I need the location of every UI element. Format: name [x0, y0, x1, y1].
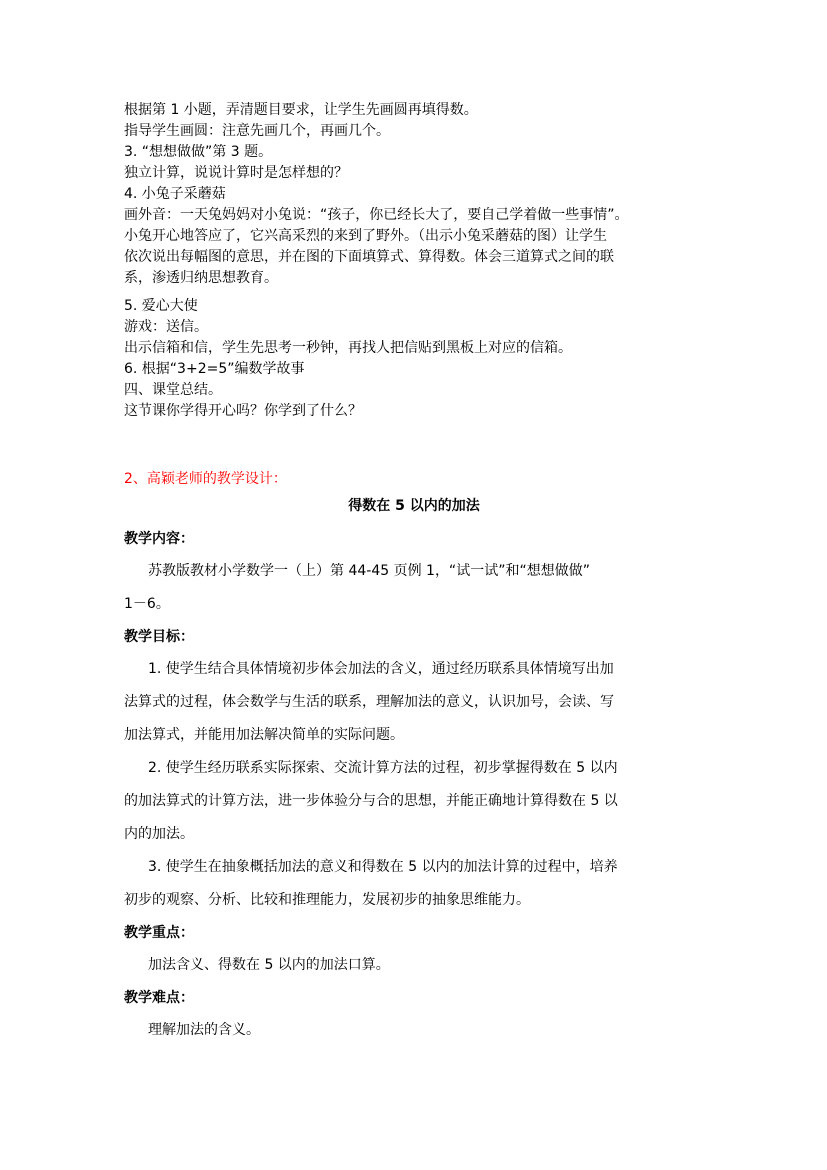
key-label: 教学重点：: [124, 924, 194, 943]
text-line: 出示信箱和信，学生先思考一秒钟，再找人把信贴到黑板上对应的信箱。: [124, 339, 572, 358]
goal-text: 初步的观察、分析、比较和推理能力，发展初步的抽象思维能力。: [124, 891, 530, 910]
goal-text: 内的加法。: [124, 825, 194, 844]
text-line: 游戏：送信。: [124, 318, 208, 337]
goals-label: 教学目标：: [124, 628, 194, 647]
text-line: 指导学生画圆：注意先画几个，再画几个。: [124, 122, 390, 141]
text-line: 6. 根据“3+2=5”编数学故事: [124, 360, 305, 379]
text-line: 系，渗透归纳思想教育。: [124, 269, 278, 288]
text-line: 小兔开心地答应了，它兴高采烈的来到了野外。（出示小兔采蘑菇的图）让学生: [124, 227, 607, 246]
content-text: 苏教版教材小学数学一（上）第 44-45 页例 1，“试一试”和“想想做做”: [148, 562, 590, 581]
text-line: 3. “想想做做”第 3 题。: [124, 143, 272, 162]
goal-text: 2. 使学生经历联系实际探索、交流计算方法的过程，初步掌握得数在 5 以内: [148, 759, 618, 778]
goal-text: 法算式的过程，体会数学与生活的联系，理解加法的意义，认识加号，会读、写: [124, 693, 614, 712]
key-text: 加法含义、得数在 5 以内的加法口算。: [148, 956, 390, 975]
difficulty-label: 教学难点：: [124, 989, 194, 1008]
goal-text: 加法算式，并能用加法解决简单的实际问题。: [124, 726, 404, 745]
difficulty-text: 理解加法的含义。: [148, 1021, 260, 1040]
text-line: 四、课堂总结。: [124, 381, 222, 400]
section-heading: 2、高颖老师的教学设计：: [124, 470, 287, 489]
content-text: 1－6。: [124, 595, 170, 614]
text-line: 4. 小兔子采蘑菇: [124, 185, 226, 204]
document-title: 得数在 5 以内的加法: [124, 497, 704, 516]
text-line: 这节课你学得开心吗？你学到了什么？: [124, 402, 362, 421]
goal-text: 的加法算式的计算方法，进一步体验分与合的思想，并能正确地计算得数在 5 以: [124, 792, 618, 811]
text-line: 根据第 1 小题，弄清题目要求，让学生先画圆再填得数。: [124, 101, 478, 120]
text-line: 5. 爱心大使: [124, 297, 198, 316]
text-line: 画外音：一天兔妈妈对小兔说：“孩子，你已经长大了，要自己学着做一些事情”。: [124, 206, 629, 225]
goal-text: 3. 使学生在抽象概括加法的意义和得数在 5 以内的加法计算的过程中，培养: [148, 858, 618, 877]
goal-text: 1. 使学生结合具体情境初步体会加法的含义，通过经历联系具体情境写出加: [148, 660, 614, 679]
content-label: 教学内容：: [124, 530, 194, 549]
text-line: 依次说出每幅图的意思，并在图的下面填算式、算得数。体会三道算式之间的联: [124, 248, 614, 267]
text-line: 独立计算，说说计算时是怎样想的？: [124, 164, 348, 183]
